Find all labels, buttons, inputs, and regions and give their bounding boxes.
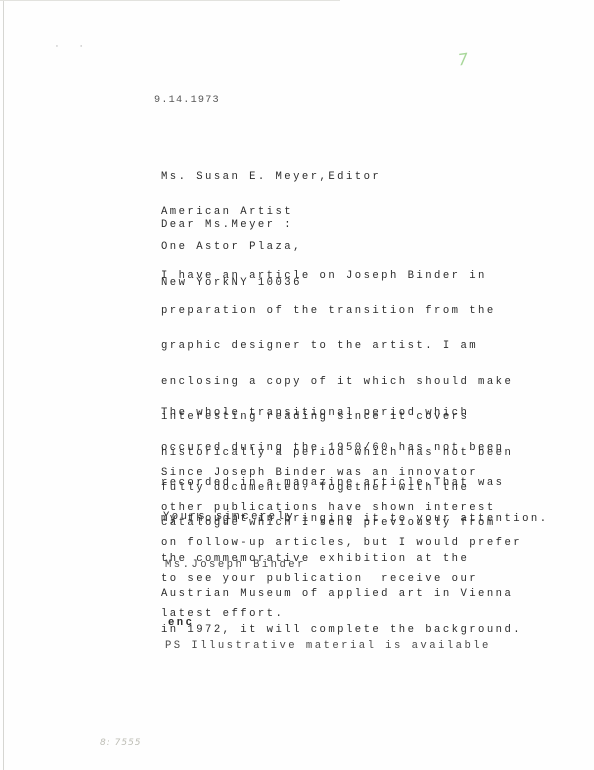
paper-edge-top [0,0,340,1]
letter-page: ' ' 7 9.14.1973 Ms. Susan E. Meyer,Edito… [0,0,594,770]
paragraph-line: Since Joseph Binder was an innovator [161,468,522,480]
green-annotation-mark: 7 [457,49,470,69]
archive-tick-marks: ' ' [56,44,92,52]
postscript: PS Illustrative material is available [165,641,491,653]
paper-edge-left [3,0,4,770]
enclosure-notation: enc [168,618,194,630]
body-paragraph-3: Since Joseph Binder was an innovator oth… [161,444,522,645]
pencil-archive-note: 8: 7555 [100,738,142,748]
paragraph-line: graphic designer to the artist. I am [161,341,522,353]
paragraph-line: on follow-up articles, but I would prefe… [161,538,522,550]
salutation: Dear Ms.Meyer : [161,220,293,232]
complimentary-close: Yours sincerely [163,512,295,524]
paragraph-line: to see your publication receive our [161,574,522,586]
signature-name: Ms.Joseph Binder [165,560,306,572]
paragraph-line: I have an article on Joseph Binder in [161,271,522,283]
address-line: Ms. Susan E. Meyer,Editor [161,172,381,184]
paragraph-line: preparation of the transition from the [161,306,522,318]
paragraph-line: latest effort. [161,609,522,621]
letter-date: 9.14.1973 [154,95,220,107]
address-line: American Artist [161,207,381,219]
paragraph-line: The whole transitional period which [161,408,549,420]
